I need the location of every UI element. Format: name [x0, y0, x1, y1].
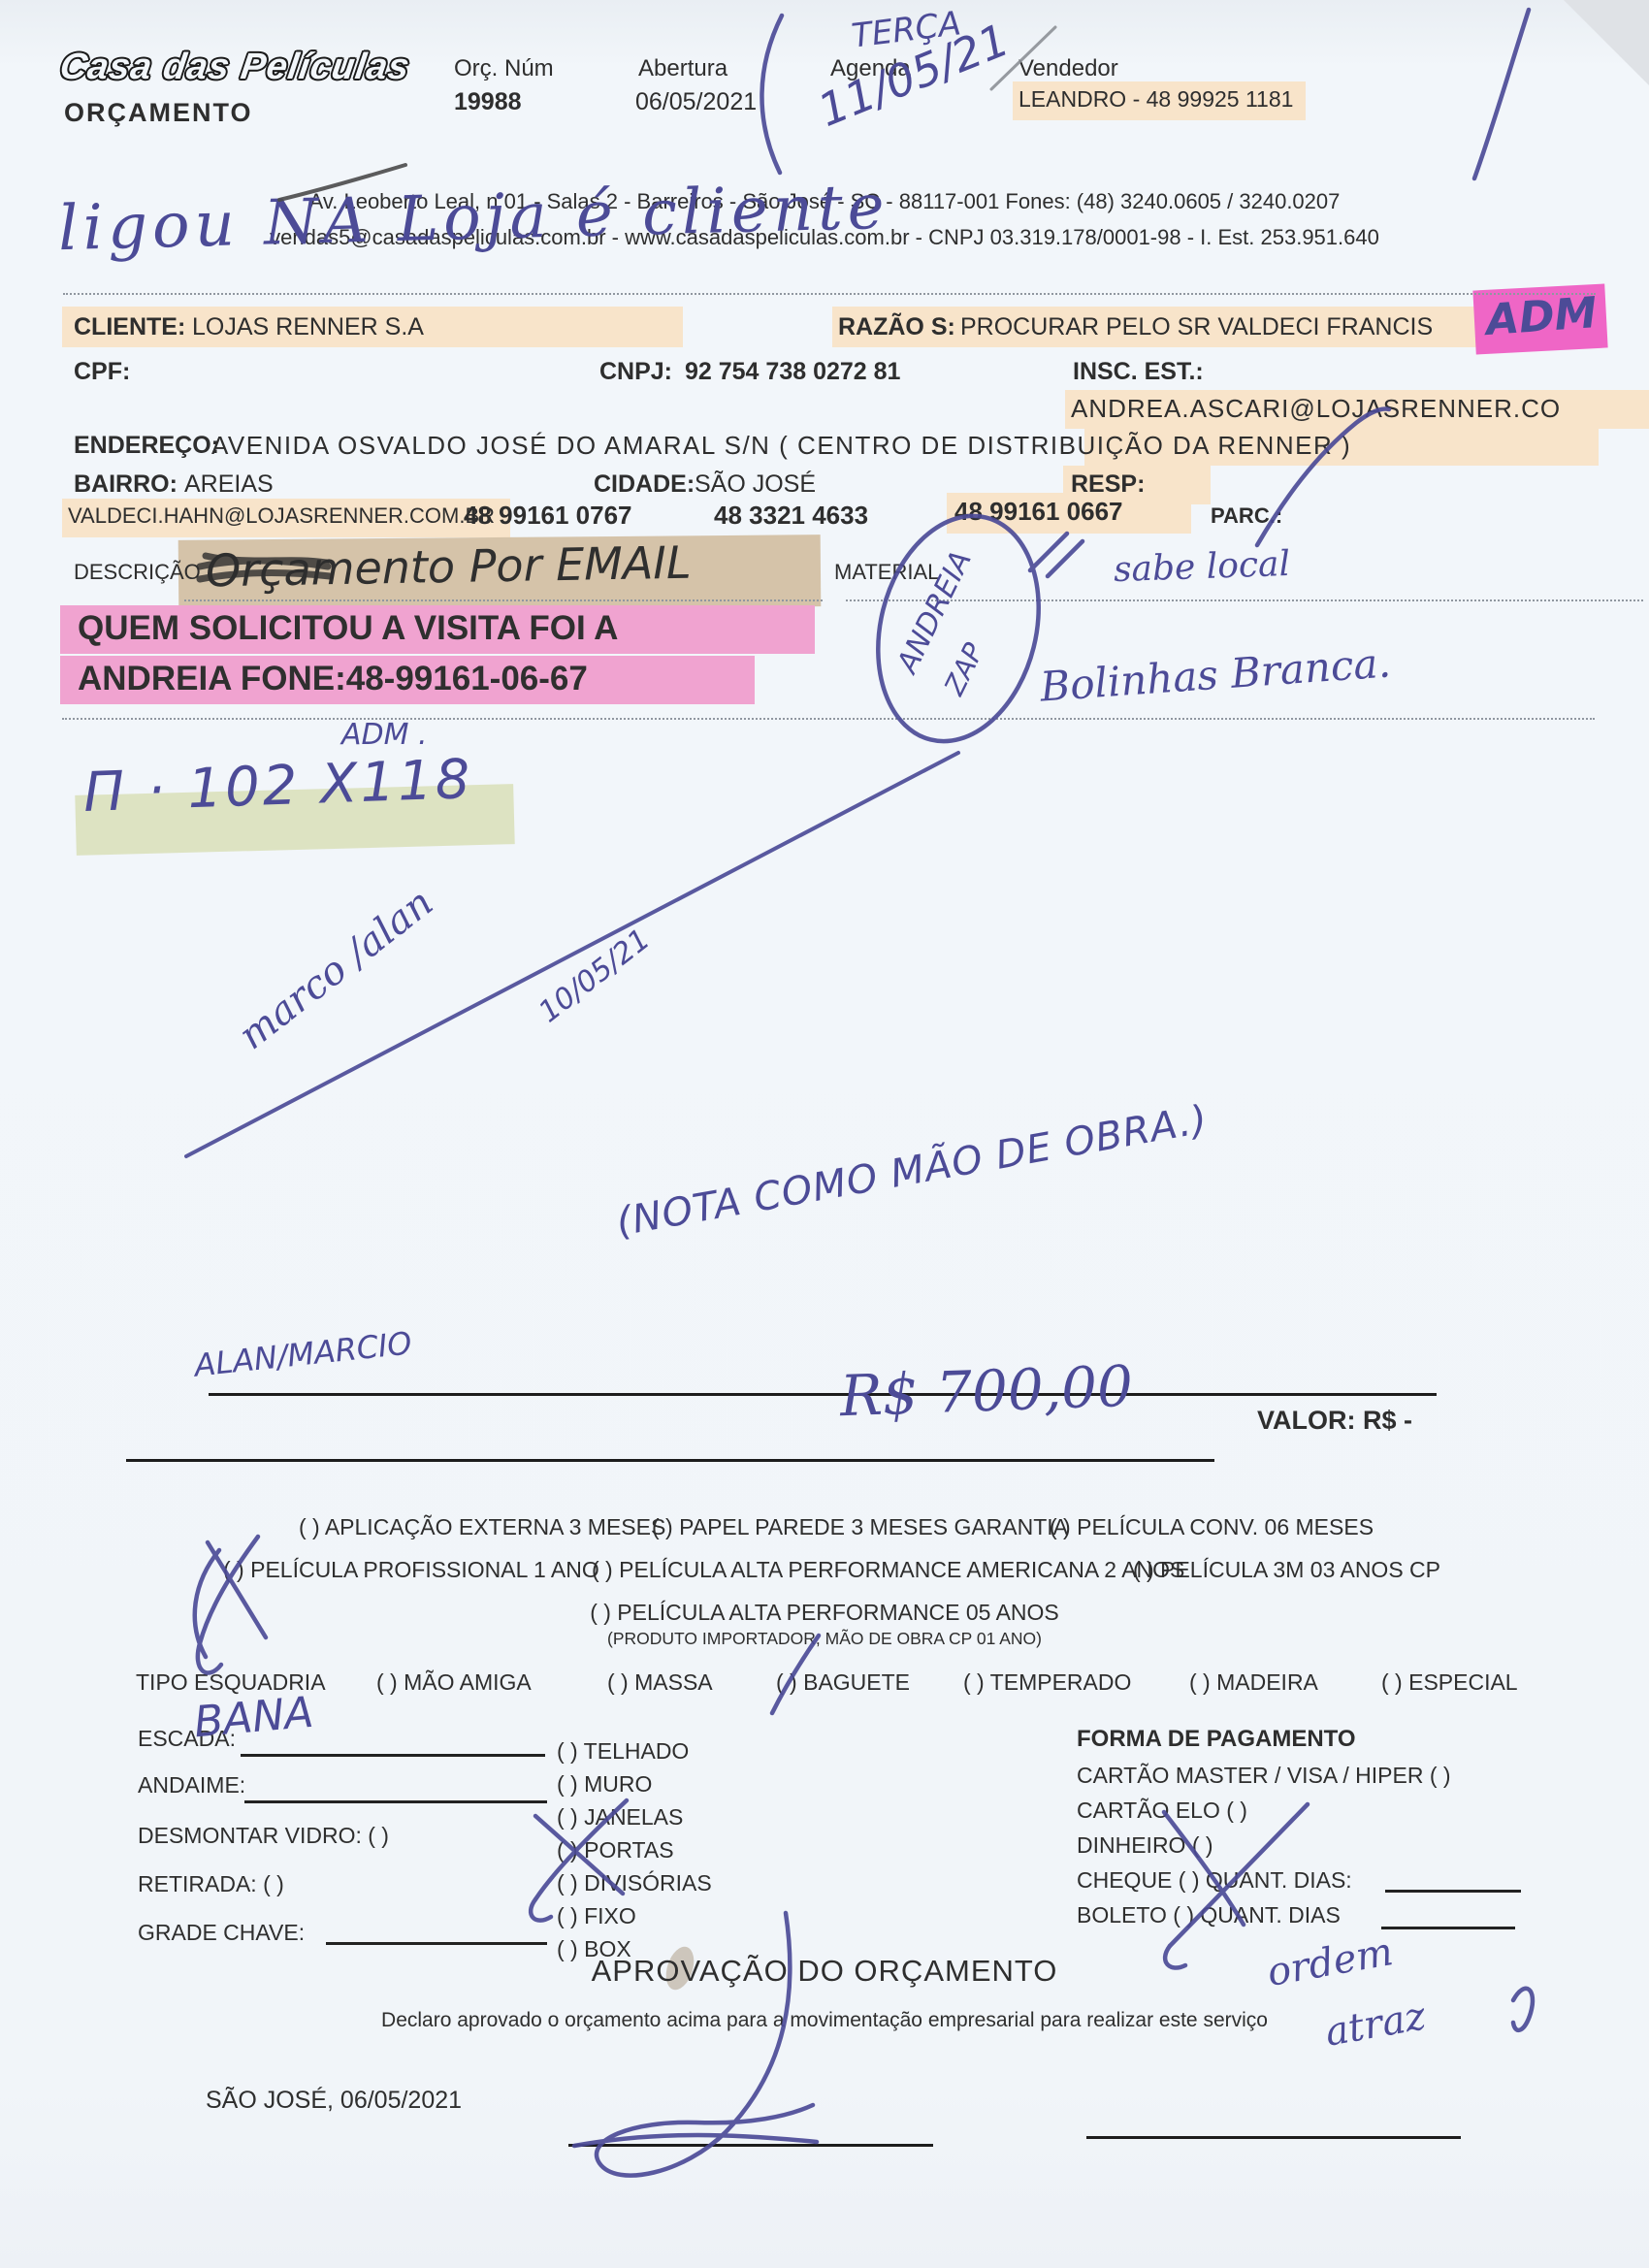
email-insc-value: ANDREA.ASCARI@LOJASRENNER.CO	[1071, 396, 1561, 422]
hw-medida: Π · 102 X118	[82, 752, 473, 823]
option-pelicula-americana: ( ) PELÍCULA ALTA PERFORMANCE AMERICANA …	[592, 1558, 1184, 1581]
field-andaime: ANDAIME:	[138, 1773, 245, 1797]
razao-label: RAZÃO S:	[838, 314, 955, 340]
approval-declaration: Declaro aprovado o orçamento acima para …	[0, 2010, 1649, 2031]
abertura-value: 06/05/2021	[635, 89, 757, 114]
option-muro: ( ) MURO	[557, 1772, 652, 1796]
razao-value: PROCURAR PELO SR VALDECI FRANCIS	[960, 314, 1433, 340]
payment-title: FORMA DE PAGAMENTO	[1077, 1727, 1356, 1751]
signature-line-2	[1086, 2136, 1461, 2139]
option-massa: ( ) MASSA	[607, 1670, 713, 1694]
option-madeira: ( ) MADEIRA	[1189, 1670, 1318, 1694]
resp-label: RESP:	[1071, 471, 1145, 497]
insc-est-label: INSC. EST.:	[1073, 359, 1204, 384]
doc-type-title: ORÇAMENTO	[64, 99, 253, 126]
cpf-label: CPF:	[74, 359, 130, 384]
material-label: MATERIAL	[834, 561, 939, 583]
bairro-value: AREIAS	[184, 471, 274, 497]
option-mao-amiga: ( ) MÃO AMIGA	[376, 1670, 532, 1694]
phone-2: 48 3321 4633	[714, 502, 868, 529]
field-grade-chave: GRADE CHAVE:	[138, 1921, 305, 1944]
divisorias-x-tail	[531, 1899, 551, 1921]
phone-1: 48 99161 0767	[464, 502, 632, 529]
option-temperado: ( ) TEMPERADO	[963, 1670, 1131, 1694]
signature-line-1	[568, 2144, 933, 2147]
value-rule-top	[209, 1393, 1437, 1396]
andreia-arrow-stroke	[1030, 534, 1083, 576]
option-pelicula-conv: ( ) PELÍCULA CONV. 06 MESES	[1050, 1515, 1374, 1539]
orc-num-value: 19988	[454, 89, 522, 114]
hw-adm-note: ADM .	[341, 720, 428, 751]
dotted-rule-top	[63, 293, 1596, 295]
endereco-label: ENDEREÇO:	[74, 433, 219, 458]
option-pelicula-profissional: ( ) PELÍCULA PROFISSIONAL 1 ANO	[223, 1558, 599, 1581]
payment-cartao-master: CARTÃO MASTER / VISA / HIPER ( )	[1077, 1764, 1451, 1787]
valor-label: VALOR: R$ -	[1257, 1407, 1412, 1434]
option-papel-parede: ( ) PAPEL PAREDE 3 MESES GARANTIA	[652, 1515, 1068, 1539]
payment-boleto: BOLETO ( ) QUANT. DIAS	[1077, 1903, 1341, 1927]
option-especial: ( ) ESPECIAL	[1381, 1670, 1518, 1694]
cheque-dias-line	[1385, 1890, 1521, 1893]
email-resp-value: VALDECI.HAHN@LOJASRENNER.COM.BR	[68, 504, 495, 527]
cnpj-value: 92 754 738 0272 81	[685, 359, 900, 384]
field-retirada: RETIRADA: ( )	[138, 1872, 284, 1895]
andaime-line	[244, 1800, 547, 1803]
dotted-rule-mid	[62, 718, 1595, 720]
option-pelicula-05-anos: ( ) PELÍCULA ALTA PERFORMANCE 05 ANOS	[0, 1601, 1649, 1624]
value-rule-bottom	[126, 1459, 1214, 1462]
hw-diag-date: 10/05/21	[533, 923, 656, 1028]
boleto-dias-line	[1381, 1927, 1515, 1929]
pink-note-line2: ANDREIA FONE:48-99161-06-67	[78, 662, 588, 697]
hw-zap: ZAP	[940, 639, 989, 700]
payment-cartao-elo: CARTÃO ELO ( )	[1077, 1798, 1247, 1822]
option-fixo: ( ) FIXO	[557, 1904, 636, 1928]
grade-chave-line	[326, 1942, 547, 1945]
escada-line	[241, 1754, 545, 1757]
hw-bolinhas: Bolinhas Branca.	[1039, 641, 1392, 708]
bairro-label: BAIRRO:	[74, 471, 178, 497]
approval-title: APROVAÇÃO DO ORÇAMENTO	[0, 1956, 1649, 1988]
parc-label: PARC.:	[1211, 504, 1282, 527]
hw-alan-marcio: ALAN/MARCIO	[193, 1327, 413, 1382]
agenda-paren-stroke	[761, 16, 782, 173]
option-baguete: ( ) BAGUETE	[776, 1670, 910, 1694]
cidade-label: CIDADE:	[594, 471, 695, 497]
descricao-label: DESCRIÇÃO	[74, 561, 201, 583]
page-fold-corner	[1564, 0, 1649, 85]
dotted-rule-descricao	[184, 599, 823, 601]
option-divisorias: ( ) DIVISÓRIAS	[557, 1871, 712, 1895]
hw-marco-alan: marco /alan	[232, 882, 440, 1057]
hw-escada-value: BANA	[192, 1691, 315, 1746]
option-portas: ( ) PORTAS	[557, 1838, 674, 1862]
abertura-label: Abertura	[638, 56, 727, 81]
phone-3: 48 99161 0667	[954, 499, 1123, 525]
company-logo: Casa das Películas	[57, 49, 412, 87]
field-desmontar-vidro: DESMONTAR VIDRO: ( )	[138, 1824, 389, 1847]
pink-note-line1: QUEM SOLICITOU A VISITA FOI A	[78, 611, 618, 647]
hw-nota-mao-de-obra: (NOTA COMO MÃO DE OBRA.)	[613, 1099, 1211, 1244]
dotted-rule-material	[846, 599, 1643, 601]
option-pelicula-3m: ( ) PELÍCULA 3M 03 ANOS CP	[1133, 1558, 1440, 1581]
orc-num-label: Orç. Núm	[454, 56, 554, 81]
hw-valor: R$ 700,00	[839, 1357, 1134, 1426]
scanned-budget-document: Casa das Películas ORÇAMENTO Orç. Núm 19…	[0, 0, 1649, 2268]
endereco-value: AVENIDA OSVALDO JOSÉ DO AMARAL S/N ( CEN…	[211, 433, 1351, 459]
vendedor-label: Vendedor	[1018, 56, 1118, 81]
cidade-value: SÃO JOSÉ	[695, 471, 816, 497]
city-date: SÃO JOSÉ, 06/05/2021	[206, 2088, 462, 2113]
option-aplicacao-externa: ( ) APLICAÇÃO EXTERNA 3 MESES	[299, 1515, 665, 1539]
option-janelas: ( ) JANELAS	[557, 1805, 683, 1829]
option-telhado: ( ) TELHADO	[557, 1739, 689, 1763]
payment-dinheiro: DINHEIRO ( )	[1077, 1833, 1213, 1857]
cnpj-label: CNPJ:	[599, 359, 672, 384]
hw-sabe-local: sabe local	[1113, 546, 1290, 589]
payment-cheque: CHEQUE ( ) QUANT. DIAS:	[1077, 1868, 1352, 1892]
option-pelicula-05-anos-sub: (PRODUTO IMPORTADOR, MÃO DE OBRA CP 01 A…	[0, 1630, 1649, 1647]
hw-descricao-value: Orçamento Por EMAIL	[206, 539, 692, 595]
cliente-value: LOJAS RENNER S.A	[192, 314, 424, 340]
vendedor-slash-stroke	[1474, 10, 1529, 178]
vendedor-value: LEANDRO - 48 99925 1181	[1018, 87, 1293, 111]
cliente-label: CLIENTE:	[74, 314, 185, 340]
hw-adm-badge: ADM	[1485, 291, 1599, 343]
